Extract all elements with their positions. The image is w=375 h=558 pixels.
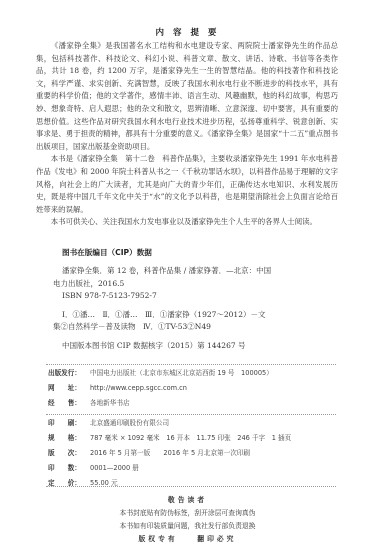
info-label: 出版发行：	[48, 366, 90, 381]
copyright-page: 内 容 提 要 《潘家铮全集》是我国著名水工结构和水电建设专家、两院院士潘家铮先…	[0, 0, 375, 558]
summary-title: 内 容 提 要	[0, 26, 375, 38]
cip-title-line: 潘家铮全集．第 12 卷，科普作品集 / 潘家铮著．—北京：中国	[53, 265, 323, 278]
info-value: 各地新华书店	[90, 399, 130, 407]
cip-library-number: 中国版本图书馆 CIP 数据核字（2015）第 144267 号	[53, 340, 323, 353]
info-row: 经 售：各地新华书店	[48, 396, 348, 411]
summary-body: 《潘家铮全集》是我国著名水工结构和水电建设专家、两院院士潘家铮先生的作品总集，包…	[36, 40, 338, 229]
cip-classification-cont: 集②自然科学－普及读物 Ⅳ．①TV-53②N49	[53, 322, 211, 331]
info-label: 版 次：	[48, 446, 90, 461]
printing-info: 印 刷：北京盛通印刷股份有限公司 规 格：787 毫米 × 1092 毫米 16…	[48, 416, 348, 491]
info-row: 网 址：http://www.cepp.sgcc.com.cn	[48, 381, 348, 396]
summary-paragraph: 《潘家铮全集》是我国著名水工结构和水电建设专家、两院院士潘家铮先生的作品总集，包…	[36, 40, 338, 153]
cip-heading: 图书在版编目（CIP）数据	[62, 247, 152, 258]
notice-line: 本书封底贴有防伪标签，刮开涂层可查询真伪	[0, 507, 375, 520]
divider	[46, 364, 336, 365]
info-row: 版 次：2016 年 5 月第一版 2016 年 5 月北京第一次印刷	[48, 446, 348, 461]
cip-publisher-line: 电力出版社，2016.5	[53, 279, 124, 288]
divider	[46, 486, 336, 487]
notice-title: 敬告读者	[0, 494, 375, 507]
cip-data: 潘家铮全集．第 12 卷，科普作品集 / 潘家铮著．—北京：中国 电力出版社，2…	[53, 265, 323, 352]
info-row: 印 数：0001—2000 册	[48, 461, 348, 476]
summary-paragraph: 本书可供关心、关注我国水力发电事业以及潘家铮先生个人生平的各界人士阅读。	[36, 216, 338, 229]
cip-isbn: ISBN 978-7-5123-7952-7	[53, 290, 323, 303]
divider	[46, 414, 336, 415]
copyright-statement: 版权专有 翻印必究	[0, 533, 375, 546]
summary-paragraph: 本书是《潘家铮全集 第十二卷 科普作品集》，主要收录潘家铮先生 1991 年水电…	[36, 153, 338, 216]
info-label: 定 价：	[48, 476, 90, 491]
info-value: 2016 年 5 月第一版 2016 年 5 月北京第一次印刷	[90, 449, 250, 457]
info-label: 印 刷：	[48, 416, 90, 431]
info-value: 中国电力出版社（北京市东城区北京站西街 19 号 100005）	[90, 369, 273, 377]
notice-line: 本书如有印装质量问题，我社发行部负责退换	[0, 520, 375, 533]
info-value: 北京盛通印刷股份有限公司	[90, 419, 169, 427]
info-row: 印 刷：北京盛通印刷股份有限公司	[48, 416, 348, 431]
info-row: 出版发行：中国电力出版社（北京市东城区北京站西街 19 号 100005）	[48, 366, 348, 381]
info-row: 定 价：55.00 元	[48, 476, 348, 491]
publishing-info: 出版发行：中国电力出版社（北京市东城区北京站西街 19 号 100005） 网 …	[48, 366, 348, 411]
cip-classification: Ⅰ．①潘… Ⅱ．①潘… Ⅲ．①潘家铮（1927～2012）－文	[53, 309, 323, 322]
info-row: 规 格：787 毫米 × 1092 毫米 16 开本 11.75 印张 246 …	[48, 431, 348, 446]
reader-notice: 敬告读者 本书封底贴有防伪标签，刮开涂层可查询真伪 本书如有印装质量问题，我社发…	[0, 494, 375, 546]
website-link[interactable]: http://www.cepp.sgcc.com.cn	[90, 384, 187, 392]
info-value: 0001—2000 册	[90, 464, 139, 472]
info-label: 网 址：	[48, 381, 90, 396]
info-value: 787 毫米 × 1092 毫米 16 开本 11.75 印张 246 千字 1…	[90, 434, 291, 442]
info-label: 印 数：	[48, 461, 90, 476]
info-label: 规 格：	[48, 431, 90, 446]
info-label: 经 售：	[48, 396, 90, 411]
